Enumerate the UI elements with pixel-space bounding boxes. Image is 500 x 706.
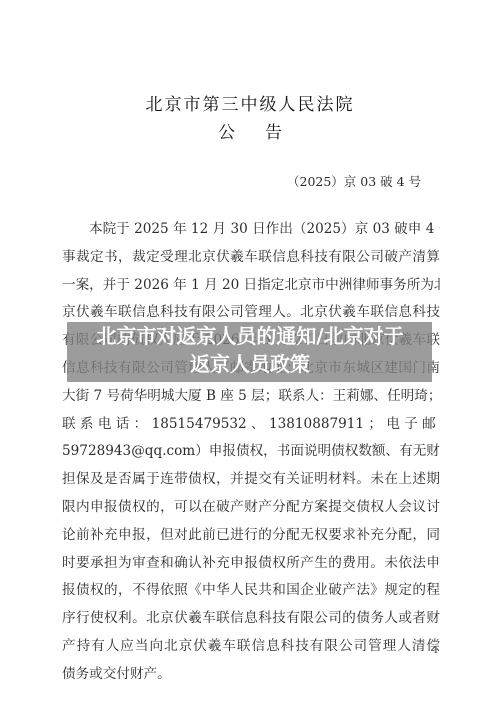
notice-title-right: 告 (265, 123, 282, 143)
body-line: 事裁定书，裁定受理北京伏羲车联信息科技有限公司破产清算 (62, 244, 440, 272)
body-line: 产持有人应当向北京伏羲车联信息科技有限公司管理人清偿 (62, 633, 440, 661)
notice-title: 公告 (0, 118, 500, 143)
court-title: 北京市第三中级人民法院 (0, 90, 500, 115)
body-line: 联 系 电 话 ： 18515479532 、 13810887911 ； 电 … (62, 411, 440, 439)
notice-body: 本院于 2025 年 12 月 30 日作出（2025）京 03 破申 4 号民… (62, 216, 440, 689)
page-number: 1 (433, 646, 439, 656)
banner-line-1: 北京市对返京人员的通知/北京对于 (0, 322, 500, 350)
notice-title-left: 公 (218, 123, 235, 143)
body-line: 时要承担为审查和确认补充申报债权所产生的费用。未依法申 (62, 550, 440, 578)
overlay-banner-text: 北京市对返京人员的通知/北京对于 返京人员政策 (0, 322, 500, 378)
body-line: 债务或交付财产。 (62, 661, 440, 689)
body-line: 大街 7 号荷华明城大厦 B 座 5 层；联系人：王莉娜、任明琦； (62, 383, 440, 411)
body-line: 报债权的，不得依照《中华人民共和国企业破产法》规定的程 (62, 577, 440, 605)
body-line: 论前补充申报，但对此前已进行的分配无权要求补充分配，同 (62, 522, 440, 550)
case-number: （2025）京 03 破 4 号 (287, 172, 421, 190)
body-line: 序行使权利。北京伏羲车联信息科技有限公司的债务人或者财 (62, 605, 440, 633)
body-line: 59728943@qq.com）申报债权，书面说明债权数额、有无财产 (62, 438, 440, 466)
body-line: 一案，并于 2026 年 1 月 20 日指定北京市中洲律师事务所为北 (62, 272, 440, 300)
body-line: 担保及是否属于连带债权，并提交有关证明材料。未在上述期 (62, 466, 440, 494)
body-line: 本院于 2025 年 12 月 30 日作出（2025）京 03 破申 4 号民 (62, 216, 440, 244)
body-line: 限内申报债权的，可以在破产财产分配方案提交债权人会议讨 (62, 494, 440, 522)
banner-line-2: 返京人员政策 (0, 350, 500, 378)
